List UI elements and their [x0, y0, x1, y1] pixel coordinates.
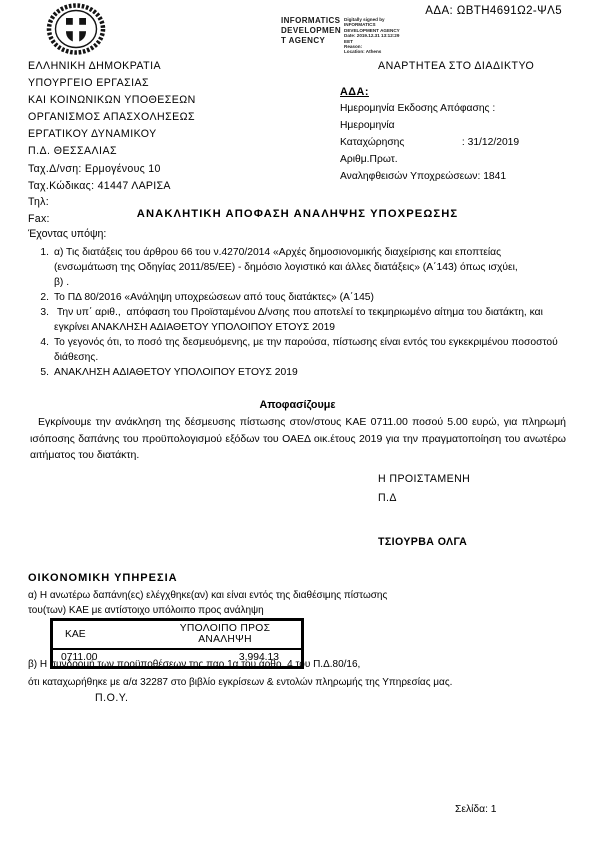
field-obligations-number-label: Αναληφθεισών Υποχρεώσεων: [340, 168, 480, 185]
decision-paragraph: Εγκρίνουμε την ανάκληση της δέσμευσης πί… [30, 414, 566, 464]
field-registration-date-value: : 31/12/2019 [462, 134, 519, 151]
digital-signature-stamp: INFORMATICS DEVELOPMEN T AGENCY Digitall… [281, 16, 400, 55]
list-item-number: 3. [34, 305, 49, 335]
ada-field-label: ΑΔΑ: [340, 86, 369, 98]
issuing-authority-block: ΕΛΛΗΝΙΚΗ ΔΗΜΟΚΡΑΤΙΑ ΥΠΟΥΡΓΕΙΟ ΕΡΓΑΣΙΑΣ Κ… [28, 58, 196, 160]
field-protocol-number-label: Αριθμ.Πρωτ. [340, 151, 398, 168]
list-item: 3. Την υπ΄ αριθ., απόφαση του Προϊσταμέν… [34, 305, 562, 335]
stamp-agency-name: INFORMATICS DEVELOPMEN T AGENCY [281, 16, 339, 55]
poy-label: Π.Ο.Υ. [95, 692, 128, 704]
org-line: ΟΡΓΑΝΙΣΜΟΣ ΑΠΑΣΧΟΛΗΣΕΩΣ [28, 109, 196, 126]
list-item: 4. Το γεγονός ότι, το ποσό της δεσμευόμε… [34, 335, 562, 365]
field-obligations-number: Αναληφθεισών Υποχρεώσεων: 1841 [340, 168, 519, 185]
finance-note-b-line2: ότι καταχωρήθηκε με α/α 32287 στο βιβλίο… [28, 674, 573, 692]
anartitea-label: ΑΝΑΡΤΗΤΕΑ ΣΤΟ ΔΙΑΔΙΚΤΥΟ [378, 60, 534, 72]
field-registration-date: Ημερομηνία Καταχώρησης : 31/12/2019 [340, 117, 519, 151]
field-issue-date-label: Ημερομηνία Εκδοσης Απόφασης : [340, 100, 495, 117]
contact-address-line: Ταχ.Δ/νση: Ερμογένους 10 [28, 161, 171, 178]
list-item-text: α) Τις διατάξεις του άρθρου 66 του ν.427… [54, 245, 562, 290]
list-item-text: ΑΝΑΚΛΗΣΗ ΑΔΙΑΘΕΤΟΥ ΥΠΟΛΟΙΠΟΥ ΕΤΟΥΣ 2019 [54, 365, 298, 380]
having-regard-intro: Έχοντας υπόψη: [28, 228, 106, 240]
list-item: 5. ΑΝΑΚΛΗΣΗ ΑΔΙΑΘΕΤΟΥ ΥΠΟΛΟΙΠΟΥ ΕΤΟΥΣ 20… [34, 365, 562, 380]
column-header-kae: ΚΑΕ [52, 620, 150, 650]
considerations-list: 1. α) Τις διατάξεις του άρθρου 66 του ν.… [34, 245, 562, 380]
registration-fields: Ημερομηνία Εκδοσης Απόφασης : Ημερομηνία… [340, 100, 519, 185]
ada-code: ΑΔΑ: ΩΒΤΗ4691Ω2-ΨΛ5 [425, 5, 562, 17]
document-page: ΑΔΑ: ΩΒΤΗ4691Ω2-ΨΛ5 INFORMATICS DEVELOPM… [0, 0, 595, 842]
list-item: 2. Το ΠΔ 80/2016 «Ανάληψη υποχρεώσεων απ… [34, 290, 562, 305]
stamp-signature-details: Digitally signed by INFORMATICS DEVELOPM… [344, 16, 400, 55]
stamp-agency-line: T AGENCY [281, 36, 339, 46]
field-registration-date-label: Ημερομηνία Καταχώρησης [340, 117, 459, 151]
list-item-number: 2. [34, 290, 49, 305]
org-line: ΥΠΟΥΡΓΕΙΟ ΕΡΓΑΣΙΑΣ [28, 75, 196, 92]
stamp-agency-line: INFORMATICS [281, 16, 339, 26]
stamp-sig-line: Location: Athens [344, 49, 400, 54]
document-title: ΑΝΑΚΛΗΤΙΚΗ ΑΠΟΦΑΣΗ ΑΝΑΛΗΨΗΣ ΥΠΟΧΡΕΩΣΗΣ [0, 208, 595, 220]
org-line: ΚΑΙ ΚΟΙΝΩΝΙΚΩΝ ΥΠΟΘΕΣΕΩΝ [28, 92, 196, 109]
contact-postcode-line: Ταχ.Κώδικας: 41447 ΛΑΡΙΣΑ [28, 178, 171, 195]
field-issue-date: Ημερομηνία Εκδοσης Απόφασης : [340, 100, 519, 117]
list-item-text: Το γεγονός ότι, το ποσό της δεσμευόμενης… [54, 335, 562, 365]
signer-name: ΤΣΙΟΥΡΒΑ ΟΛΓΑ [378, 533, 470, 552]
list-item-text: Το ΠΔ 80/2016 «Ανάληψη υποχρεώσεων από τ… [54, 290, 374, 305]
page-number: Σελίδα: 1 [455, 804, 497, 815]
decision-heading: Αποφασίζουμε [0, 399, 595, 411]
stamp-sig-line: Date: 2019.12.31 13:12:29 [344, 33, 400, 38]
list-item-text: Την υπ΄ αριθ., απόφαση του Προϊσταμένου … [54, 305, 562, 335]
field-obligations-number-value: 1841 [483, 168, 506, 185]
list-item: 1. α) Τις διατάξεις του άρθρου 66 του ν.… [34, 245, 562, 290]
signer-department: Π.Δ [378, 489, 470, 508]
field-protocol-number: Αριθμ.Πρωτ. [340, 151, 519, 168]
org-line: Π.Δ. ΘΕΣΣΑΛΙΑΣ [28, 143, 196, 160]
finance-note-a: α) Η ανωτέρω δαπάνη(ες) ελέγχθηκε(αν) κα… [28, 589, 428, 618]
finance-note-b-line1: β) Η συνδρομή των προϋποθέσεων της παρ.1… [28, 656, 573, 674]
signature-block: Η ΠΡΟΙΣΤΑΜΕΝΗ Π.Δ ΤΣΙΟΥΡΒΑ ΟΛΓΑ [378, 470, 470, 552]
list-item-number: 1. [34, 245, 49, 290]
list-item-number: 5. [34, 365, 49, 380]
signer-role: Η ΠΡΟΙΣΤΑΜΕΝΗ [378, 470, 470, 489]
finance-note-b: β) Η συνδρομή των προϋποθέσεων της παρ.1… [28, 656, 573, 692]
table-header-row: ΚΑΕ ΥΠΟΛΟΙΠΟ ΠΡΟΣ ΑΝΑΛΗΨΗ [52, 620, 303, 650]
stamp-agency-line: DEVELOPMEN [281, 26, 339, 36]
finance-section-heading: ΟΙΚΟΝΟΜΙΚΗ ΥΠΗΡΕΣΙΑ [28, 572, 178, 584]
column-header-balance: ΥΠΟΛΟΙΠΟ ΠΡΟΣ ΑΝΑΛΗΨΗ [149, 620, 303, 650]
org-line: ΕΛΛΗΝΙΚΗ ΔΗΜΟΚΡΑΤΙΑ [28, 58, 196, 75]
list-item-number: 4. [34, 335, 49, 365]
greek-emblem-svg [44, 3, 108, 55]
greek-emblem-icon [44, 3, 108, 55]
org-line: ΕΡΓΑΤΙΚΟΥ ΔΥΝΑΜΙΚΟΥ [28, 126, 196, 143]
